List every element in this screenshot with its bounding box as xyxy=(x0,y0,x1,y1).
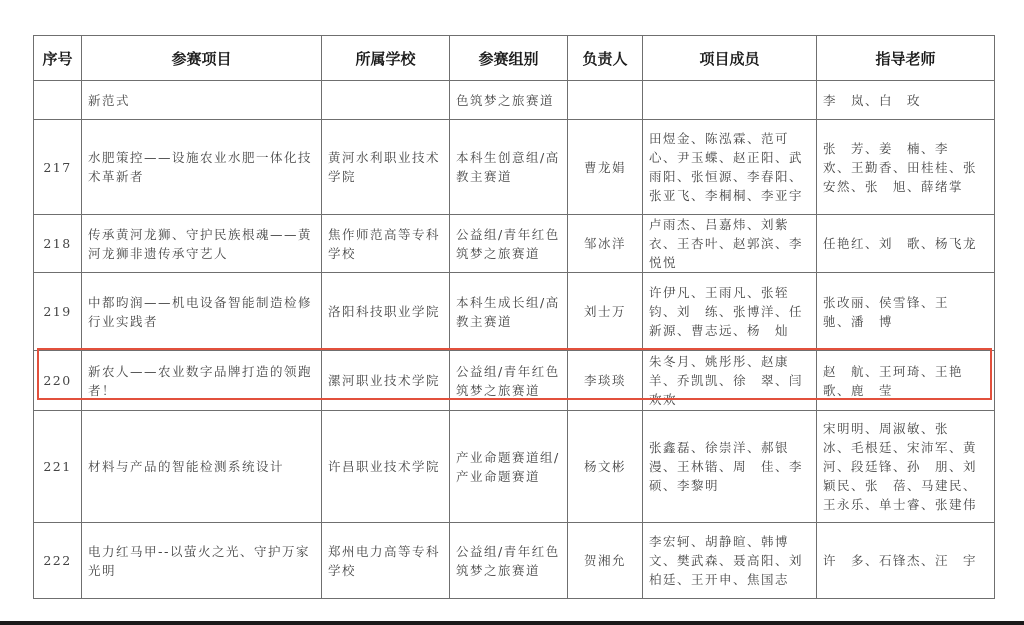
row-project: 新范式 xyxy=(82,81,322,120)
header-group: 参赛组别 xyxy=(450,36,568,81)
header-advisors: 指导老师 xyxy=(817,36,995,81)
table-row: 222 电力红马甲--以萤火之光、守护万家光明 郑州电力高等专科学校 公益组/青… xyxy=(34,523,995,599)
table-row: 219 中都昀润——机电设备智能制造检修行业实践者 洛阳科技职业学院 本科生成长… xyxy=(34,273,995,351)
row-project: 水肥策控——设施农业水肥一体化技术革新者 xyxy=(82,120,322,215)
row-project: 材料与产品的智能检测系统设计 xyxy=(82,411,322,523)
row-members: 田煜金、陈泓霖、范可心、尹玉蝶、赵正阳、武雨阳、张恒源、李春阳、张亚飞、李桐桐、… xyxy=(643,120,817,215)
row-school: 焦作师范高等专科学校 xyxy=(322,215,450,273)
row-leader: 邹冰洋 xyxy=(568,215,643,273)
row-school xyxy=(322,81,450,120)
header-row: 序号 参赛项目 所属学校 参赛组别 负责人 项目成员 指导老师 xyxy=(34,36,995,81)
row-leader: 杨文彬 xyxy=(568,411,643,523)
header-index: 序号 xyxy=(34,36,82,81)
row-members: 李宏轲、胡静暄、韩博文、樊武森、聂高阳、刘柏廷、王开申、焦国志 xyxy=(643,523,817,599)
row-index: 219 xyxy=(34,273,82,351)
table-row: 221 材料与产品的智能检测系统设计 许昌职业技术学院 产业命题赛道组/产业命题… xyxy=(34,411,995,523)
table-row-highlighted: 220 新农人——农业数字品牌打造的领跑者！ 漯河职业技术学院 公益组/青年红色… xyxy=(34,351,995,411)
row-leader xyxy=(568,81,643,120)
row-leader: 李琰琰 xyxy=(568,351,643,411)
row-index: 218 xyxy=(34,215,82,273)
row-school: 郑州电力高等专科学校 xyxy=(322,523,450,599)
row-index xyxy=(34,81,82,120)
row-advisors: 张改丽、侯雪锋、王 驰、潘 博 xyxy=(817,273,995,351)
row-members: 张鑫磊、徐崇洋、郝银漫、王林锴、周 佳、李 硕、李黎明 xyxy=(643,411,817,523)
row-project: 中都昀润——机电设备智能制造检修行业实践者 xyxy=(82,273,322,351)
table-row: 新范式 色筑梦之旅赛道 李 岚、白 玫 xyxy=(34,81,995,120)
row-school: 黄河水利职业技术学院 xyxy=(322,120,450,215)
row-members: 朱冬月、姚彤彤、赵康羊、乔凯凯、徐 翠、闫欢欢 xyxy=(643,351,817,411)
row-group: 本科生创意组/高教主赛道 xyxy=(450,120,568,215)
header-leader: 负责人 xyxy=(568,36,643,81)
row-members: 卢雨杰、吕嘉炜、刘紫衣、王杏叶、赵郭滨、李悦悦 xyxy=(643,215,817,273)
row-school: 许昌职业技术学院 xyxy=(322,411,450,523)
row-advisors: 许 多、石锋杰、汪 宇 xyxy=(817,523,995,599)
row-project: 新农人——农业数字品牌打造的领跑者！ xyxy=(82,351,322,411)
row-group: 公益组/青年红色筑梦之旅赛道 xyxy=(450,523,568,599)
row-advisors: 李 岚、白 玫 xyxy=(817,81,995,120)
row-index: 217 xyxy=(34,120,82,215)
row-index: 220 xyxy=(34,351,82,411)
row-advisors: 张 芳、姜 楠、李 欢、王勤香、田桂桂、张安然、张 旭、薛绪掌 xyxy=(817,120,995,215)
row-project: 传承黄河龙狮、守护民族根魂——黄河龙狮非遗传承守艺人 xyxy=(82,215,322,273)
row-group: 本科生成长组/高教主赛道 xyxy=(450,273,568,351)
row-group: 公益组/青年红色筑梦之旅赛道 xyxy=(450,215,568,273)
header-members: 项目成员 xyxy=(643,36,817,81)
row-leader: 刘士万 xyxy=(568,273,643,351)
row-index: 222 xyxy=(34,523,82,599)
bottom-edge-bar xyxy=(0,621,1024,625)
table-row: 217 水肥策控——设施农业水肥一体化技术革新者 黄河水利职业技术学院 本科生创… xyxy=(34,120,995,215)
row-members xyxy=(643,81,817,120)
row-school: 洛阳科技职业学院 xyxy=(322,273,450,351)
row-group: 产业命题赛道组/产业命题赛道 xyxy=(450,411,568,523)
row-group: 色筑梦之旅赛道 xyxy=(450,81,568,120)
row-advisors: 宋明明、周淑敏、张 冰、毛根廷、宋沛军、黄 河、段廷锋、孙 朋、刘颖民、张 蓓、… xyxy=(817,411,995,523)
table-row: 218 传承黄河龙狮、守护民族根魂——黄河龙狮非遗传承守艺人 焦作师范高等专科学… xyxy=(34,215,995,273)
row-advisors: 任艳红、刘 歌、杨飞龙 xyxy=(817,215,995,273)
row-leader: 贺湘允 xyxy=(568,523,643,599)
row-group: 公益组/青年红色筑梦之旅赛道 xyxy=(450,351,568,411)
header-school: 所属学校 xyxy=(322,36,450,81)
row-advisors: 赵 航、王珂琦、王艳歌、鹿 莹 xyxy=(817,351,995,411)
competition-table: 序号 参赛项目 所属学校 参赛组别 负责人 项目成员 指导老师 新范式 色筑梦之… xyxy=(33,35,995,599)
header-project: 参赛项目 xyxy=(82,36,322,81)
row-members: 许伊凡、王雨凡、张轾钧、刘 练、张博洋、任新源、曹志远、杨 灿 xyxy=(643,273,817,351)
row-leader: 曹龙娟 xyxy=(568,120,643,215)
row-index: 221 xyxy=(34,411,82,523)
row-school: 漯河职业技术学院 xyxy=(322,351,450,411)
row-project: 电力红马甲--以萤火之光、守护万家光明 xyxy=(82,523,322,599)
